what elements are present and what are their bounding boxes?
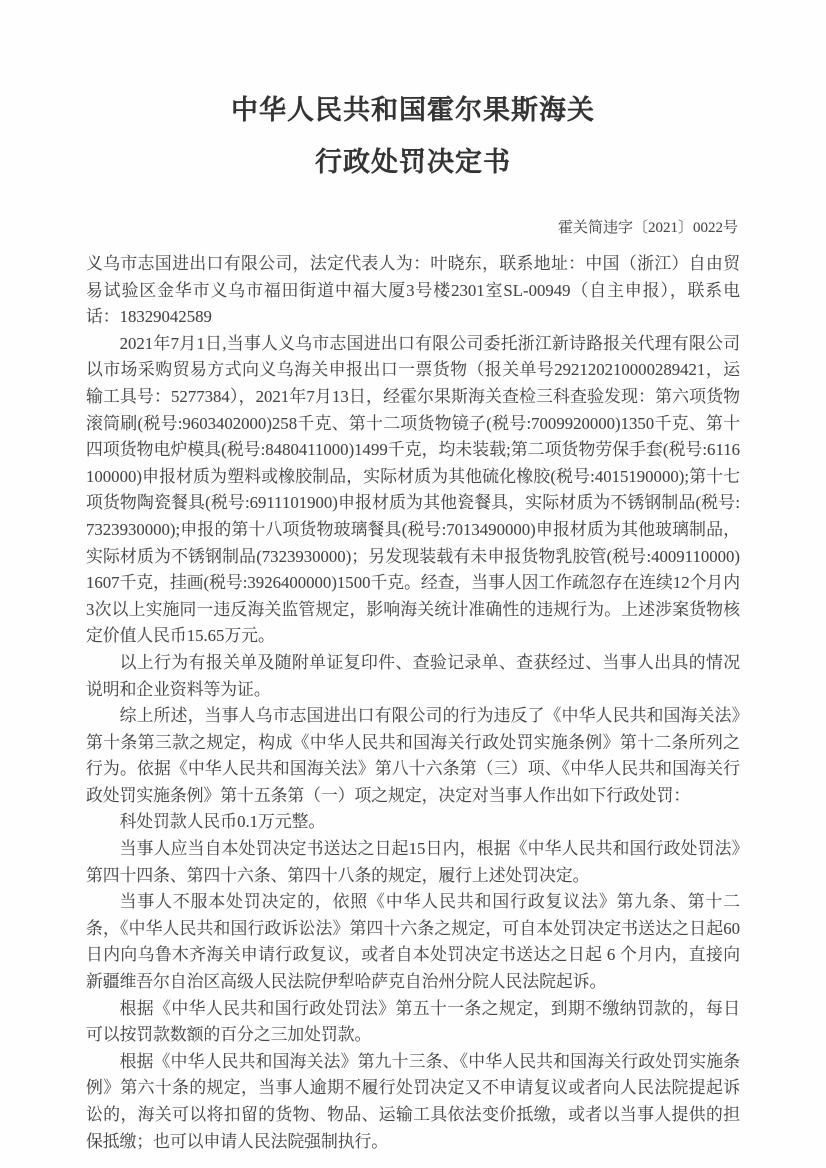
para-enforcement: 根据《中华人民共和国海关法》第九十三条、《中华人民共和国海关行政处罚实施条例》第… — [86, 1049, 740, 1155]
para-payment-deadline: 当事人应当自本处罚决定书送达之日起15日内，根据《中华人民共和国行政处罚法》第四… — [86, 836, 740, 889]
para-penalty-decision: 科处罚款人民币0.1万元整。 — [86, 809, 740, 836]
para-appeal-rights: 当事人不服本处罚决定的，依照《中华人民共和国行政复议法》第九条、第十二条，《中华… — [86, 889, 740, 995]
para-case-facts: 2021年7月1日,当事人义乌市志国进出口有限公司委托浙江新诗路报关代理有限公司… — [86, 331, 740, 650]
para-evidence: 以上行为有报关单及随附单证复印件、查验记录单、查获经过、当事人出具的情况说明和企… — [86, 650, 740, 703]
para-parties-info: 义乌市志国进出口有限公司，法定代表人为：叶晓东，联系地址：中国（浙江）自由贸易试… — [86, 251, 740, 331]
penalty-decision-document: 中华人民共和国霍尔果斯海关 行政处罚决定书 霍关简违字〔2021〕0022号 义… — [0, 0, 826, 1168]
document-number: 霍关简违字〔2021〕0022号 — [0, 216, 826, 237]
document-title-line2: 行政处罚决定书 — [0, 136, 826, 188]
document-body: 义乌市志国进出口有限公司，法定代表人为：叶晓东，联系地址：中国（浙江）自由贸易试… — [86, 251, 740, 1155]
para-legal-basis: 综上所述，当事人乌市志国进出口有限公司的行为违反了《中华人民共和国海关法》第十条… — [86, 703, 740, 809]
document-title-line1: 中华人民共和国霍尔果斯海关 — [0, 0, 826, 136]
para-late-payment-surcharge: 根据《中华人民共和国行政处罚法》第五十一条之规定，到期不缴纳罚款的，每日可以按罚… — [86, 996, 740, 1049]
